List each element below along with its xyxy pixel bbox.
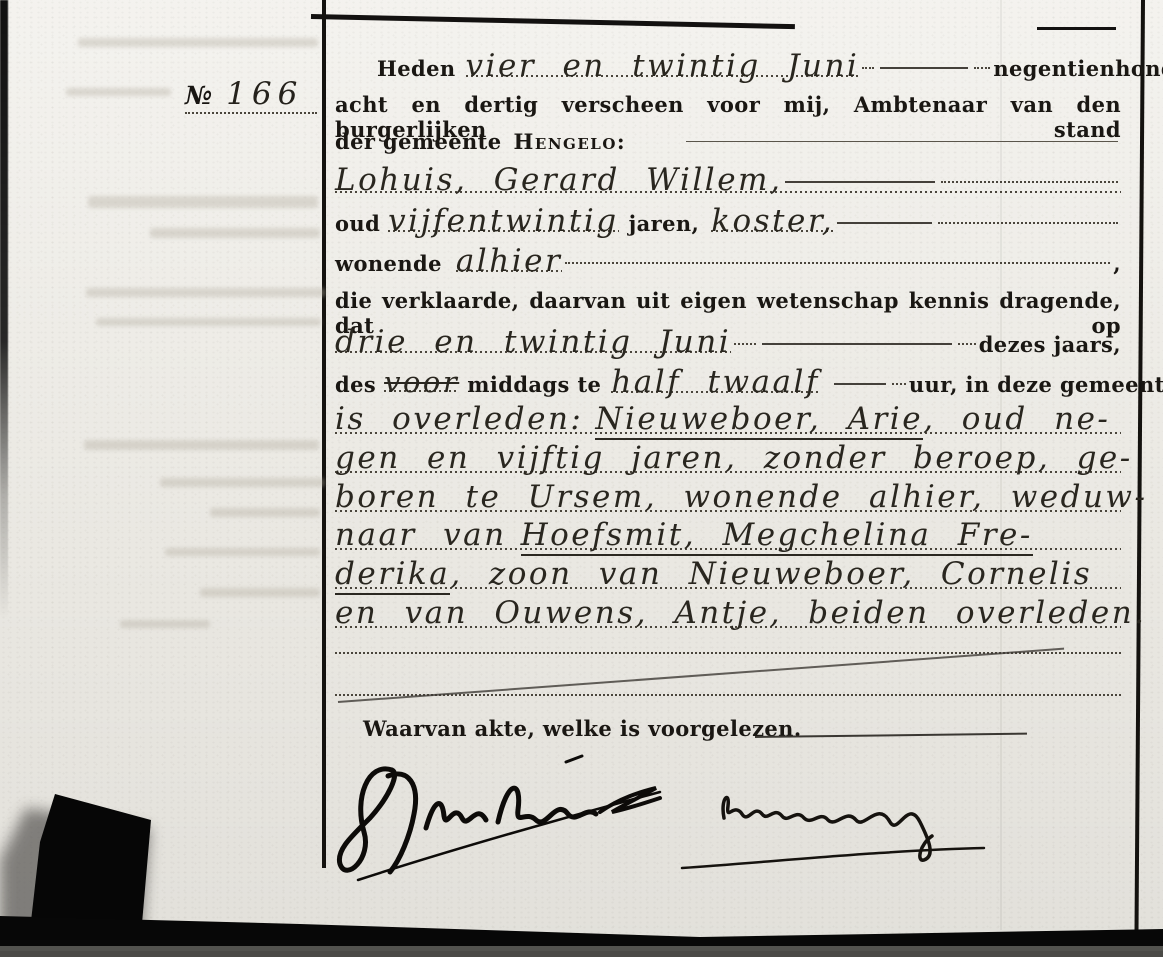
left-gutter-shadow	[0, 0, 8, 620]
printed-comma: ,	[1113, 251, 1121, 276]
deceased-line-1: is overleden: Nieuweboer, Arie , oud ne-	[335, 401, 1121, 441]
handwritten-oud-ne: , oud ne-	[923, 401, 1110, 437]
bleed-through-artifact	[66, 88, 171, 96]
municipality-name: Hengelo:	[514, 129, 627, 154]
printed-middags-te: middags te	[467, 372, 601, 397]
solid-leader	[686, 141, 1118, 142]
dotted-leader	[892, 383, 906, 385]
printed-oud: oud	[335, 211, 380, 236]
bleed-through-artifact	[96, 318, 321, 326]
residence-line: wonende alhier ,	[335, 243, 1121, 281]
top-right-rule	[1037, 27, 1116, 30]
solid-leader	[837, 222, 932, 224]
handwritten-act-date: vier en twintig Juni	[466, 48, 860, 84]
handwritten-death-date: drie en twintig Juni	[335, 324, 731, 360]
handwritten-declarant-name: Lohuis, Gerard Willem,	[335, 162, 782, 198]
bleed-through-artifact	[86, 288, 326, 297]
solid-leader	[785, 181, 935, 183]
number-sign: №	[185, 81, 212, 110]
dotted-leader	[734, 343, 756, 345]
bleed-through-artifact	[200, 588, 320, 597]
printed-closing: Waarvan akte, welke is voorgelezen.	[335, 716, 802, 741]
handwritten-daypart: voor	[384, 365, 459, 399]
solid-leader	[762, 343, 952, 345]
solid-leader	[834, 383, 886, 385]
age-occupation-line: oud vijfentwintig jaren, koster,	[335, 203, 1121, 241]
handwritten-residence: alhier	[456, 243, 562, 279]
bleed-through-artifact	[88, 196, 318, 208]
handwritten-is-overleden: is overleden:	[335, 401, 583, 437]
printed-des: des	[335, 372, 376, 397]
act-number-dotted-rule	[185, 112, 317, 114]
dotted-leader	[938, 222, 1118, 224]
declarant-name-line: Lohuis, Gerard Willem,	[335, 162, 1121, 200]
bleed-through-artifact	[78, 38, 318, 47]
handwritten-text: boren te Ursem, wonende alhier, weduw-	[335, 479, 1147, 515]
top-rule	[311, 14, 795, 29]
dotted-leader	[958, 343, 976, 345]
death-date-line: drie en twintig Juni dezes jaars,	[335, 324, 1121, 362]
dotted-leader	[862, 67, 874, 69]
bleed-through-artifact	[150, 228, 320, 238]
printed-heden: Heden	[335, 56, 456, 81]
dotted-leader	[974, 67, 990, 69]
bleed-through-artifact	[84, 440, 319, 450]
deceased-name: Nieuweboer, Arie	[595, 401, 923, 440]
body-line-3: der gemeente Hengelo:	[335, 129, 1121, 163]
handwritten-mother-overleden: en van Ouwens, Antje, beiden overleden.	[335, 595, 1147, 631]
deceased-line-6: en van Ouwens, Antje, beiden overleden.	[335, 595, 1121, 635]
handwritten-time: half twaalf	[611, 364, 820, 400]
act-number: 166	[226, 76, 303, 112]
bleed-through-artifact	[160, 478, 325, 487]
bleed-through-artifact	[210, 508, 320, 517]
bottom-scan-artifacts	[0, 780, 1163, 957]
body-line-1: Heden vier en twintig Juni negentienhond…	[335, 48, 1121, 82]
printed-year: negentienhonderd	[993, 56, 1163, 81]
spouse-name-continued: derika	[335, 556, 450, 595]
death-time-line: des voor middags te half twaalf uur, in …	[335, 364, 1121, 402]
bleed-through-artifact	[165, 548, 320, 556]
bottom-gray-strip-texture	[0, 946, 1163, 951]
scanned-death-record-page: №166 Heden vier en twintig Juni negentie…	[0, 0, 1163, 957]
deceased-line-3: boren te Ursem, wonende alhier, weduw-	[335, 479, 1121, 519]
spouse-name: Hoefsmit, Megchelina Fre-	[521, 517, 1033, 556]
printed-uur-gemeente: uur, in deze gemeente	[909, 372, 1163, 397]
deceased-line-4: naar van Hoefsmit, Megchelina Fre-	[335, 517, 1121, 557]
dotted-leader	[565, 262, 1110, 264]
deceased-line-5: derika , zoon van Nieuweboer, Cornelis	[335, 556, 1121, 596]
printed-der-gemeente: der gemeente	[335, 129, 502, 154]
bleed-through-artifact	[120, 620, 210, 628]
dotted-leader	[941, 181, 1118, 183]
handwritten-age: vijfentwintig	[388, 203, 618, 239]
printed-jaren: jaren,	[629, 211, 700, 236]
handwritten-naar-van: naar van	[335, 517, 507, 553]
solid-leader	[880, 67, 968, 69]
act-number-block: №166	[185, 76, 320, 112]
handwritten-occupation: koster,	[711, 203, 834, 239]
handwritten-parents: , zoon van Nieuweboer, Cornelis	[450, 556, 1092, 592]
deceased-line-2: gen en vijftig jaren, zonder beroep, ge-	[335, 440, 1121, 480]
left-column-rule	[322, 0, 326, 868]
printed-wonende: wonende	[335, 251, 442, 276]
handwritten-text: gen en vijftig jaren, zonder beroep, ge-	[335, 440, 1133, 476]
printed-dezes-jaars: dezes jaars,	[979, 332, 1121, 357]
